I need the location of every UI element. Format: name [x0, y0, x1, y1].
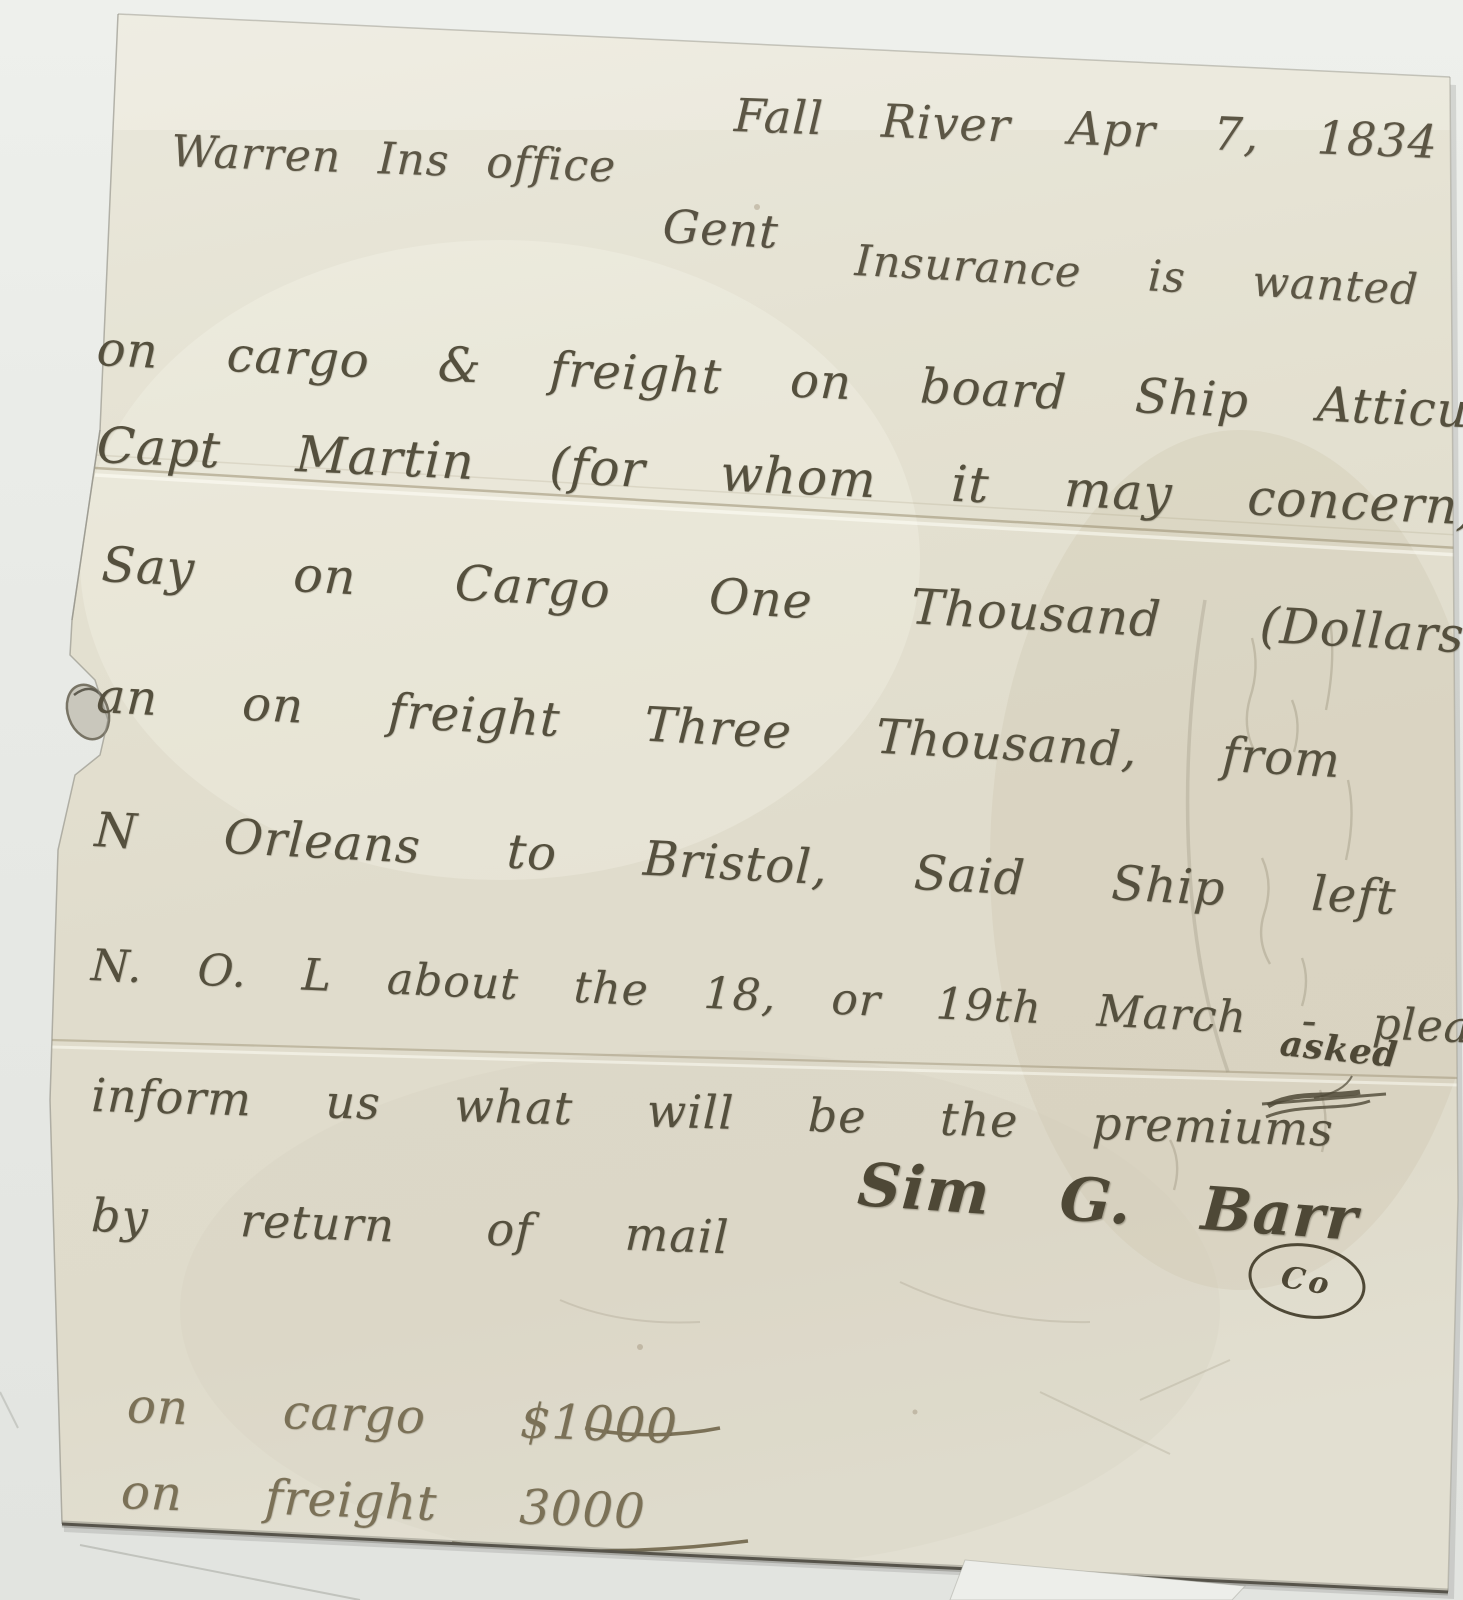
letter-photo: Fall River Apr 7, 1834 Warren Ins office…	[0, 0, 1463, 1600]
letter-salutation: Gent	[662, 203, 780, 255]
background-sheet-edge	[80, 1545, 360, 1600]
background-sheet-corner	[0, 1392, 18, 1428]
signature-seal-text: Co	[1278, 1259, 1335, 1302]
